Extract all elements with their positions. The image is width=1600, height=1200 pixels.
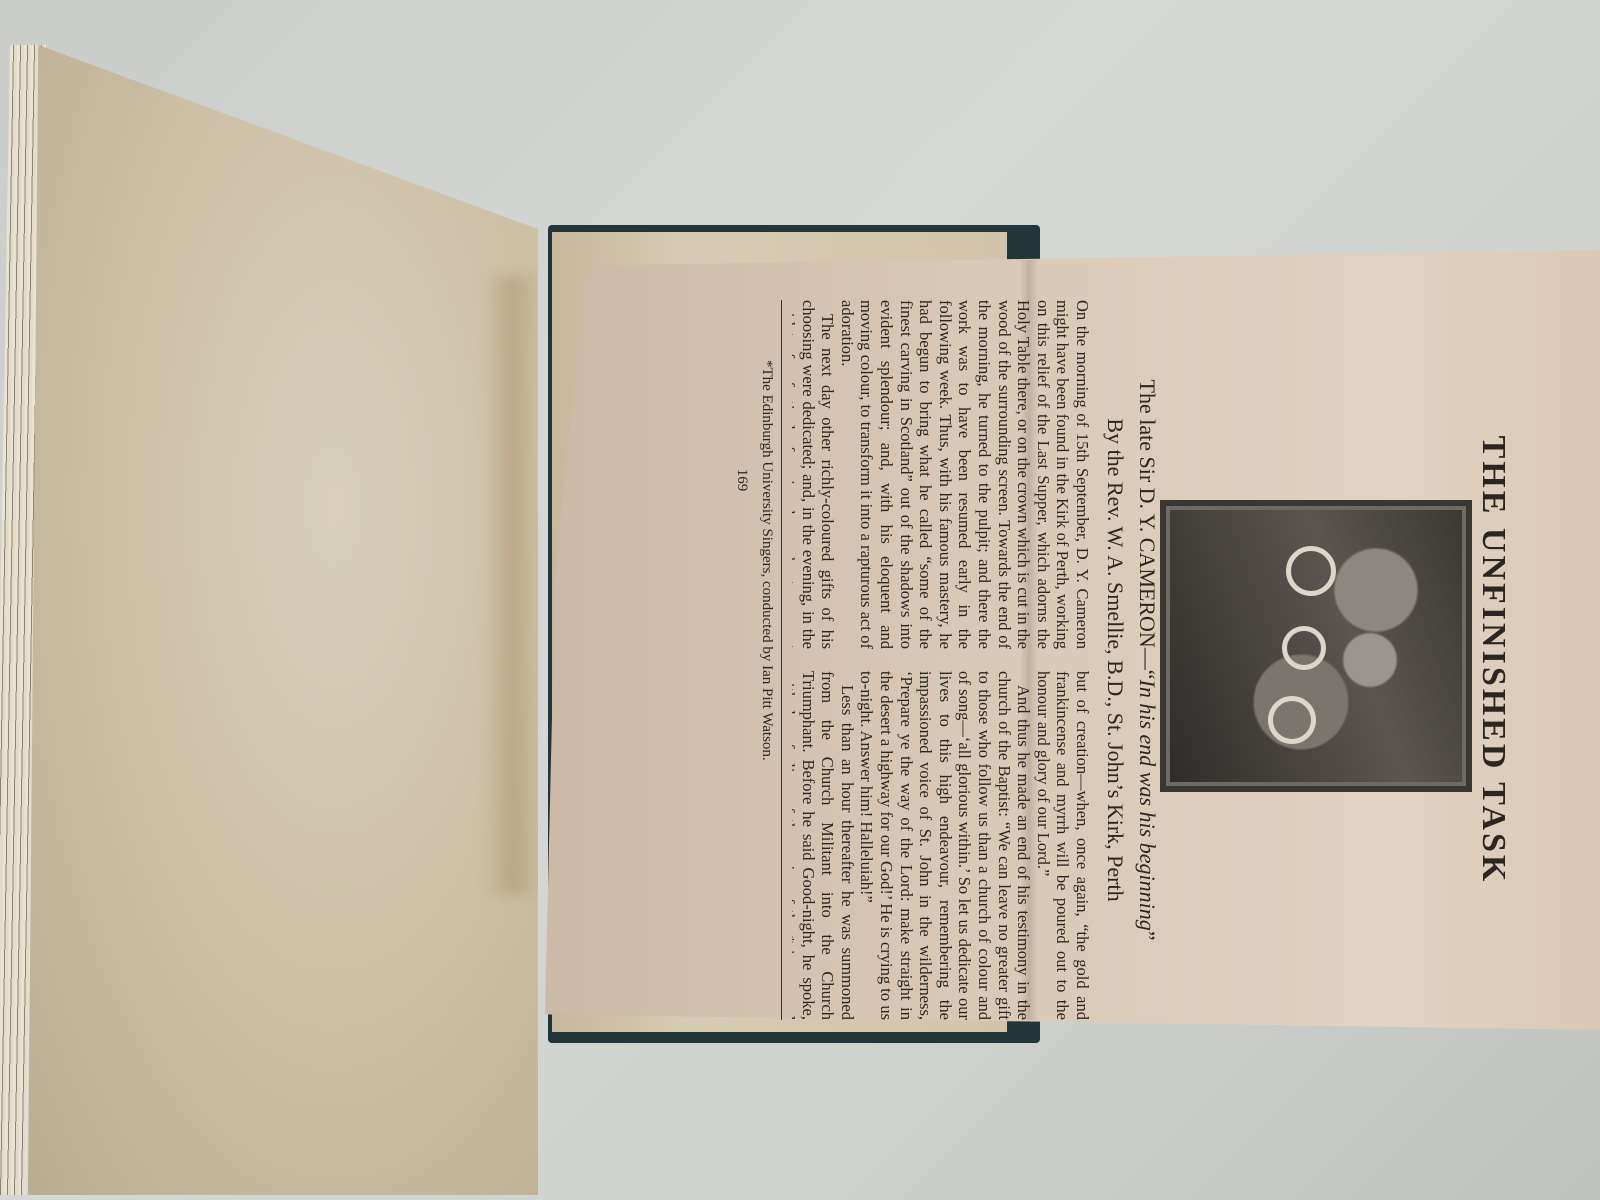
paragraph: Less than an hour thereafter he was summ…	[792, 671, 857, 1020]
article-column-left: On the morning of 15th September, D. Y. …	[792, 300, 1092, 649]
article-body: On the morning of 15th September, D. Y. …	[792, 300, 1092, 1020]
book-left-page	[28, 45, 538, 1195]
page-stain	[483, 275, 543, 895]
headline-suffix: ”	[1135, 931, 1160, 941]
halo-icon	[1268, 696, 1316, 744]
paragraph: The next day other richly-coloured gifts…	[792, 300, 837, 649]
footnote-divider	[781, 300, 782, 1020]
clipping-title: THE UNFINISHED TASK	[1472, 300, 1520, 1020]
headline-quote: In his end was his beginning	[1135, 680, 1160, 931]
halo-icon	[1282, 626, 1326, 670]
halo-icon	[1286, 546, 1336, 596]
article-column-right: but of creation—when, once again, “the g…	[792, 671, 1092, 1020]
clipping-content: THE UNFINISHED TASK The late Sir D. Y. C…	[620, 300, 1520, 1020]
paragraph: On the morning of 15th September, D. Y. …	[837, 300, 1092, 649]
paragraph: but of creation—when, once again, “the g…	[1033, 671, 1092, 1020]
article-byline: By the Rev. W. A. Smellie, B.D., St. Joh…	[1102, 300, 1128, 1020]
page-number: 169	[733, 300, 750, 660]
last-supper-relief-image	[1160, 500, 1472, 792]
article-headline: The late Sir D. Y. CAMERON—“In his end w…	[1134, 300, 1160, 1020]
footnote: *The Edinburgh University Singers, condu…	[758, 360, 775, 1000]
headline-prefix: The late Sir D. Y. CAMERON—“	[1135, 380, 1160, 680]
paragraph: And thus he made an end of his testimony…	[857, 671, 1033, 1020]
